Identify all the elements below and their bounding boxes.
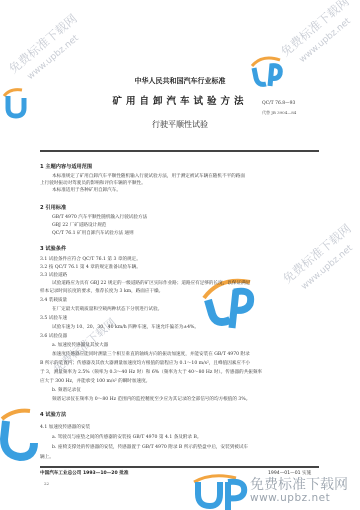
approval-date: 中国汽车工业总公司 1993—10—20 批准 — [40, 470, 129, 476]
watermark-cn-text: 免费标准下载网 — [277, 0, 352, 60]
section-1-para: 本标准规定了矿用自卸汽车平顺性随机输入行驶试验方法，用于测定被试车辆在随机不平的… — [52, 174, 245, 180]
page-subtitle: 行驶平顺性试验 — [0, 119, 360, 130]
clause-3-6-a-text: 加速度传感器应能同时测量三个相互垂直的轴线方向的振动加速度，并能安装在 GB/T… — [52, 352, 250, 358]
clause-3-5-heading: 3.5 试验车速 — [40, 316, 67, 322]
clause-4-1-b: 辆上。 — [40, 455, 54, 461]
clause-3-5-text: 试验车速为 10、20、30、40 km/h 四种车速，车速允许偏差为±4%。 — [52, 325, 199, 331]
watermark-url-text: www.upbz.net — [26, 33, 81, 82]
clause-3-6-b-heading: b. 频谱记录仪 — [52, 388, 81, 394]
section-1-para: 本标准适用于各种矿用自卸汽车。 — [52, 188, 121, 194]
clause-3-6-a-text: B 所示的装置内；传感器及其放大器测量加速度均方根值的量程应为 0.1～10 m… — [40, 361, 250, 367]
clause-3-6-heading: 3.6 试验仪器 — [40, 334, 67, 340]
section-2-heading: 2 引用标准 — [40, 204, 66, 211]
section-1-heading: 1 主题内容与适用范围 — [40, 163, 92, 170]
clause-4-1-b: b. 座椅支撑处的传感器的安装，传感器置于 GB/T 4970 附录 B 所示的… — [52, 445, 248, 451]
reference-item: GB/T 4970 汽车平顺性随机输入行驶试验方法 — [52, 215, 147, 221]
section-1-para: 上行驶时振动对驾驶员的影响和评价车辆的平顺性。 — [40, 181, 146, 187]
effective-date: 1994—01—01 实施 — [268, 470, 311, 476]
up-logo-icon — [0, 82, 40, 122]
document-page: 免费标准下载网 www.upbz.net 免费标准下载网 www.upbz.ne… — [0, 0, 360, 510]
clause-4-1-a: a. 驾驶员与座垫之间的传感器的安装按 GB/T 4970 第 4.1 条及附录… — [52, 435, 202, 441]
clause-3-3-text: 样本记录时间长度的要求，推荐长度为 3 km，路面应干燥。 — [40, 289, 163, 295]
clause-4-1-heading: 4.1 加速度传感器的安装 — [40, 425, 90, 431]
clause-3-4-text: 在厂定最大装载质量和空载两种状态下分别进行试验。 — [52, 307, 162, 313]
clause-3-4-heading: 3.4 装载质量 — [40, 298, 67, 304]
clause-3-2: 3.2 按 QC/T 76.1 第 4 章的规定准备试验车辆。 — [40, 265, 141, 271]
clause-3-6-b-text: 频谱记录仪在频率为 0～80 Hz 范围内的监控精度至少应为其记录的全部信号的均… — [52, 397, 250, 403]
standard-org: 中华人民共和国汽车行业标准 — [0, 76, 360, 86]
reference-item: QC/T 76.1 矿用自卸汽车试验方法 通则 — [52, 231, 134, 237]
up-logo-icon — [196, 270, 266, 330]
clause-3-3-heading: 3.3 试验道路 — [40, 273, 67, 279]
section-4-heading: 4 试验方法 — [40, 411, 66, 418]
header-divider — [40, 150, 319, 152]
watermark-cn-text: 免费标准下载网 — [279, 220, 354, 287]
up-logo-icon — [192, 472, 250, 510]
replaces-code: 代替 JB 3904—84 — [262, 110, 296, 116]
section-3-heading: 3 试验条件 — [40, 245, 66, 252]
clause-3-6-a-heading: a. 加速度传感器及其放大器 — [52, 343, 108, 349]
watermark-url-text: www.upbz.net — [298, 16, 353, 65]
footer-divider — [40, 466, 319, 468]
clause-3-6-a-text: 应大于 300 Hz，并能承受 100 m/s² 的瞬时加速度。 — [40, 379, 150, 385]
page-number: 22 — [44, 481, 49, 486]
clause-3-3-text: 试验道路应为具有 GBJ 22 规定的一级道路的矿区实际作业路；道路应有足够的长… — [52, 281, 250, 287]
watermark-cn-text: 免费标准下载网 — [5, 10, 80, 77]
watermark-url-text: www.upbz.net — [300, 243, 355, 292]
reference-item: GBJ 22 厂矿道路设计规范 — [52, 223, 106, 229]
watermark-brand-url: www.upbz.net — [250, 492, 330, 504]
clause-3-6-a-text: 于 3，测量频率为 2.5%（频率为 0.3～40 Hz 时）和 6%（频率为大… — [40, 370, 262, 376]
standard-code: QC/T 76.8—93 — [262, 101, 295, 106]
watermark-brand-cn: 免费标准下载网 — [250, 474, 348, 494]
clause-3-1: 3.1 试验条件应符合 QC/T 76.1 第 3 章的规定。 — [40, 257, 141, 263]
